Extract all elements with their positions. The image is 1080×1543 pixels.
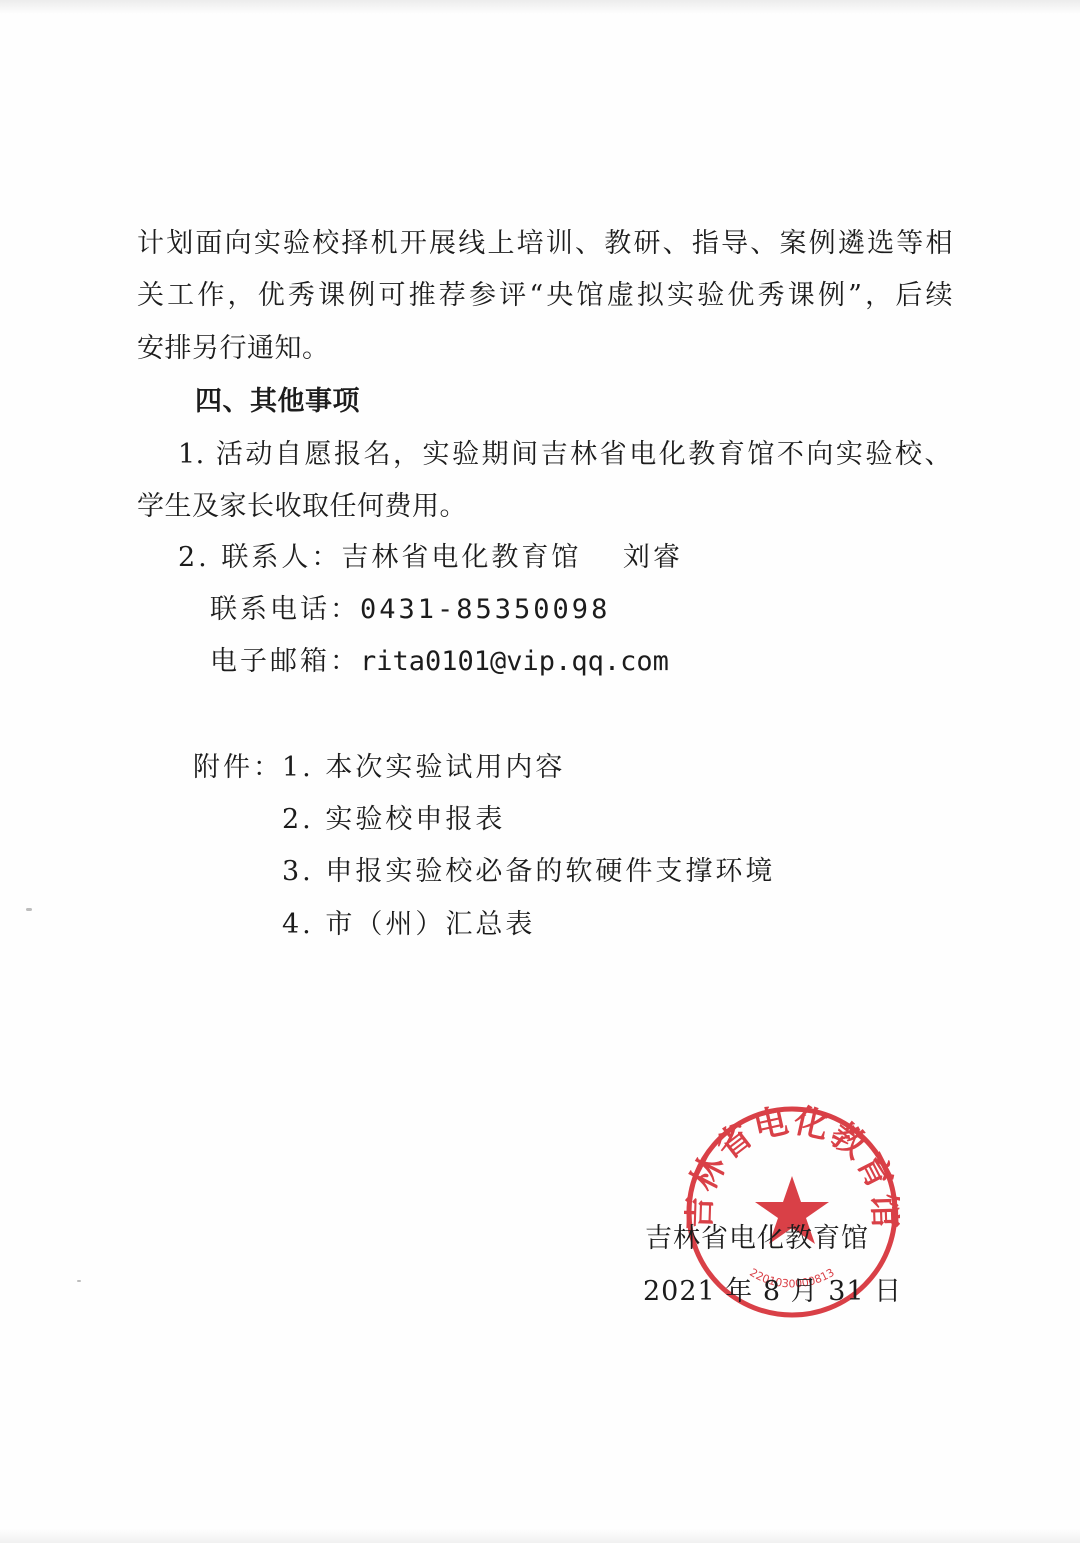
item-2-contact: 2. 联系人：吉林省电化教育馆 刘睿: [178, 540, 683, 576]
section-heading: 四、其他事项: [195, 384, 360, 420]
attachment-item-4: 4. 市（州）汇总表: [282, 907, 535, 943]
scan-bottom-edge: [0, 1529, 1080, 1543]
attachment-item-3: 3. 申报实验校必备的软硬件支撑环境: [282, 854, 775, 890]
attachment-item-2: 2. 实验校申报表: [282, 802, 505, 838]
paragraph-line-3: 安排另行通知。: [137, 331, 330, 367]
paragraph-line-1: 计划面向实验校择机开展线上培训、教研、指导、案例遴选等相: [137, 226, 953, 262]
paragraph-line-2: 关工作，优秀课例可推荐参评“央馆虚拟实验优秀课例”，后续: [137, 278, 953, 314]
email-line: 电子邮箱：rita0101@vip.qq.com: [210, 644, 669, 680]
scan-top-edge: [0, 0, 1080, 14]
attachments-label: 附件：: [193, 750, 283, 786]
item-1-line-1: 1. 活动自愿报名，实验期间吉林省电化教育馆不向实验校、: [178, 437, 952, 473]
phone-label: 联系电话：: [210, 594, 360, 625]
scan-speck: [77, 1280, 81, 1282]
scan-speck: [26, 908, 32, 911]
email-value: rita0101@vip.qq.com: [360, 646, 669, 677]
signature-organization: 吉林省电化教育馆: [645, 1221, 869, 1257]
phone-line: 联系电话：0431-85350098: [210, 592, 610, 628]
attachment-item-1: 1. 本次实验试用内容: [282, 750, 565, 786]
email-label: 电子邮箱：: [210, 646, 360, 677]
phone-value: 0431-85350098: [360, 594, 610, 625]
signature-date: 2021 年 8 月 31 日: [643, 1274, 902, 1310]
item-1-line-2: 学生及家长收取任何费用。: [137, 489, 467, 525]
